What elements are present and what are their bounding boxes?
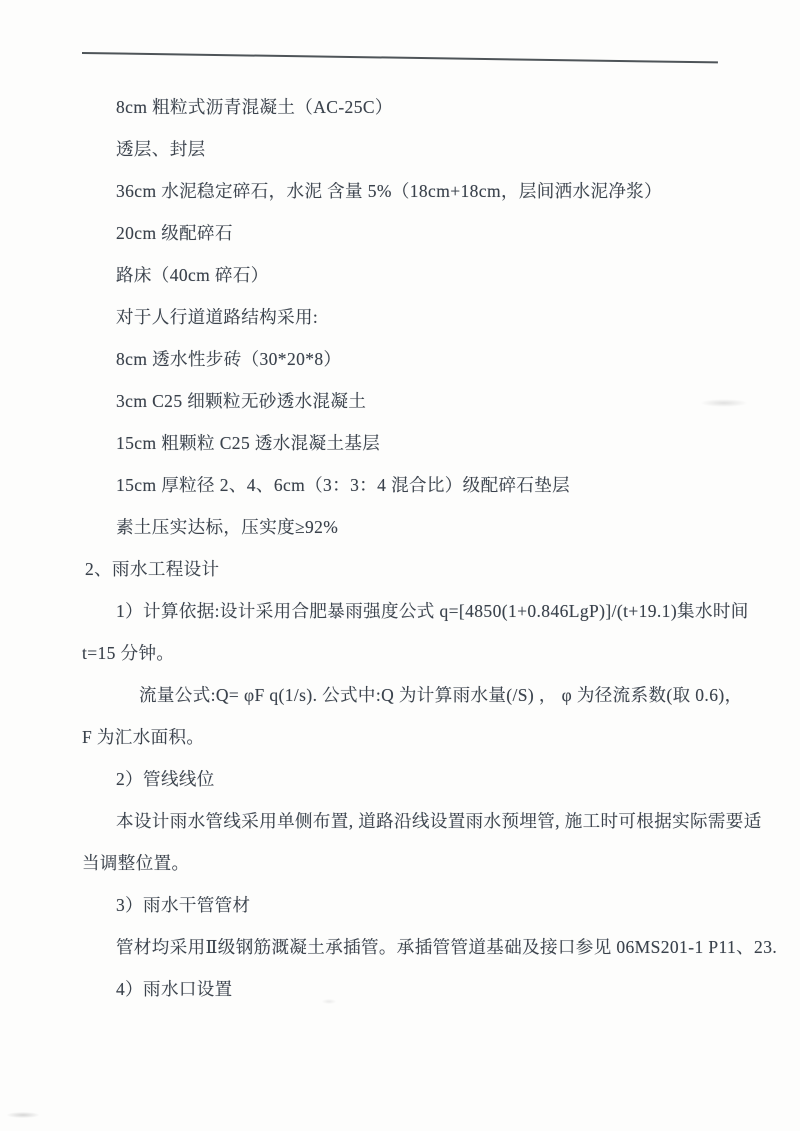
text-line: 透层、封层 [0,128,800,170]
text-line: 本设计雨水管线采用单侧布置, 道路沿线设置雨水预埋管, 施工时可根据实际需要适 [0,800,800,842]
text-line: 8cm 粗粒式沥青混凝土（AC-25C） [0,86,800,128]
text-line: 15cm 粗颗粒 C25 透水混凝土基层 [0,422,800,464]
text-line: 素土压实达标，压实度≥92% [0,506,800,548]
text-line: 2）管线线位 [0,758,800,800]
text-line: 当调整位置。 [0,842,800,884]
text-line: 15cm 厚粒径 2、4、6cm（3：3：4 混合比）级配碎石垫层 [0,464,800,506]
text-line: 路床（40cm 碎石） [0,254,800,296]
text-line: 36cm 水泥稳定碎石，水泥 含量 5%（18cm+18cm，层间洒水泥净浆） [0,170,800,212]
text-line: F 为汇水面积。 [0,716,800,758]
text-line: 对于人行道道路结构采用: [0,296,800,338]
text-line: 3）雨水干管管材 [0,884,800,926]
text-line: 管材均采用Ⅱ级钢筋溉凝土承插管。承插管管道基础及接口参见 06MS201-1 P… [0,926,800,968]
text-line: 1）计算依据:设计采用合肥暴雨强度公式 q=[4850(1+0.846LgP)]… [0,590,800,632]
text-line: 20cm 级配碎石 [0,212,800,254]
text-line: 8cm 透水性步砖（30*20*8） [0,338,800,380]
scan-artifact [7,1112,39,1118]
text-line: 4）雨水口设置 [0,968,800,1010]
text-line: 流量公式:Q= φF q(1/s). 公式中:Q 为计算雨水量(/S) ， φ … [0,674,800,716]
document-page: 8cm 粗粒式沥青混凝土（AC-25C）透层、封层36cm 水泥稳定碎石，水泥 … [0,0,800,1131]
text-line: 2、雨水工程设计 [0,548,800,590]
document-content: 8cm 粗粒式沥青混凝土（AC-25C）透层、封层36cm 水泥稳定碎石，水泥 … [0,0,800,1010]
text-line: t=15 分钟。 [0,632,800,674]
text-line: 3cm C25 细颗粒无砂透水混凝土 [0,380,800,422]
